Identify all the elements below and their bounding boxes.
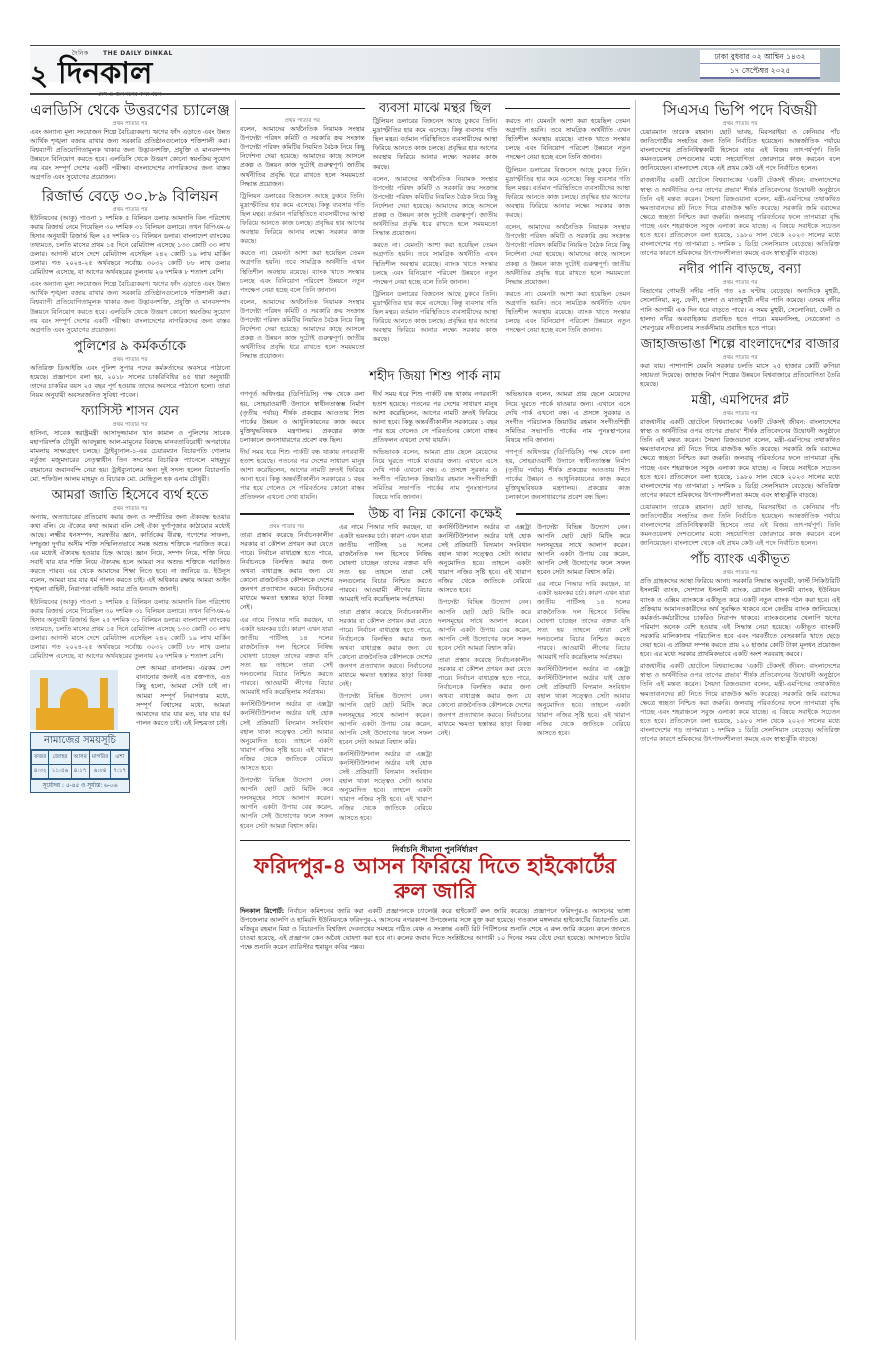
headline[interactable]: শহীদ জিয়া শিশু পার্ক নাম <box>240 368 630 386</box>
article-body: কনস্টিটিউশনাল অর্ডার বা এক্সট্রা কনস্টিট… <box>240 700 333 773</box>
article-body: উপদেষ্টা বিভিন্ন উদ্যোগ নেন। আপনি ছোট ছো… <box>438 598 531 653</box>
article-body: অন্যায়, অত্যাচারের প্রতিরোধ করার জন্য ও… <box>30 513 230 595</box>
prayer-header: ফজর <box>32 751 49 765</box>
continued-label: প্রথম পাতার পর <box>30 421 230 429</box>
article-police: পুলিশের ৯ কর্মকর্তাকে প্রথম পাতার পর অতি… <box>30 338 230 400</box>
article-body: করতে না। যেমনটা আশা করা হয়েছিল তেমন অগ্… <box>505 117 630 162</box>
article-columns: প্রথম পাতার পর বলেন, আমাদের অর্থনৈতিক নি… <box>240 117 630 364</box>
continued-label: প্রথম পাতার পর <box>640 569 840 577</box>
headline[interactable]: পুলিশের ৯ কর্মকর্তাকে <box>30 338 230 356</box>
article-tail: দেশ আমরা বানালাম। এরকম দেশ বানানোর জন্যই… <box>136 664 230 793</box>
article-body: উপদেষ্টা বিভিন্ন উদ্যোগ নেন। আপনি ছোট ছো… <box>537 523 630 578</box>
sunrise-sunset: সূর্যোদয় : ৫-৪৫ ও সূর্যাস্ত: ৬-০৬ <box>31 779 129 792</box>
article-shipbreaking: জাহাজভাঙা শিল্পে বাংলাদেশের বাজার প্রথম … <box>640 336 840 389</box>
article-chamber: উচ্চ বা নিম্ন কোনো কক্ষেই প্রথম পাতার পর… <box>240 510 630 834</box>
column-divider <box>235 100 236 1340</box>
continued-label: প্রথম পাতার পর <box>30 505 230 513</box>
article-csa: সিএসএ ভিপি পদে বিজয়ী প্রথম পাতার পর চেয… <box>640 100 840 258</box>
article-body: করতে না। যেমনটা আশা করা হয়েছিল তেমন অগ্… <box>505 290 630 335</box>
prayer-time: ৪:১৭ <box>71 765 89 779</box>
brand-name: দিনকাল <box>58 59 188 89</box>
headline[interactable]: রিজার্ভ বেড়ে ৩০.৮৯ বিলিয়ন <box>30 186 230 206</box>
article-body: ট্রিলিয়ন ডলারের বিজনেস আছে ঢুকবে তিনি। … <box>505 166 630 221</box>
headline[interactable]: জাহাজভাঙা শিল্পে বাংলাদেশের বাজার <box>640 336 840 354</box>
article-body: ট্রিলিয়ন ডলারের বিজনেস আছে ঢুকবে তিনি। … <box>373 117 498 172</box>
continued-label: প্রথম পাতার পর <box>640 410 840 418</box>
continued-label: প্রথম পাতার পর <box>640 279 840 287</box>
left-column: এলডিসি থেকে উত্তরণের চ্যালেঞ্জ প্রথম পাত… <box>30 100 230 793</box>
headline[interactable]: এলডিসি থেকে উত্তরণের চ্যালেঞ্জ <box>30 100 230 120</box>
article-body: এর নামে পিআর দাবি করছেন, যা একটা ভয়ংকর … <box>537 580 630 662</box>
date-gregorian: ১৭ সেপ্টেম্বর ২০২৫ <box>700 64 820 77</box>
article-body: এবং অন্যান্য মূল্য সংযোজন শিল্পে বৈচিত্র… <box>30 128 230 183</box>
kicker: নির্বাচনি সীমানা পুনর্নির্ধারণ <box>240 845 630 854</box>
masthead: ২ দৈনিক THE DAILY DINKAL দিনকাল দেশ ও জন… <box>30 45 840 93</box>
middle-column: ব্যবসা মাঝে মন্থর ছিল প্রথম পাতার পর বলে… <box>240 100 630 952</box>
article-body: বলেন, আমাদের অর্থনৈতিক নিয়ামক সংস্থার উ… <box>240 298 365 362</box>
article-body: অভিভাবক বলেন, আমরা প্রায় ছেলে মেয়েদের … <box>505 390 630 445</box>
article-body: উপদেষ্টা বিভিন্ন উদ্যোগ নেন। আপনি ছোট ছো… <box>240 776 333 831</box>
prayer-time: ১১:৫৬ <box>49 765 71 779</box>
article-body: রাজধানীর একটি হোটেলে বিশ্বব্যাংকের 'একটি… <box>640 418 840 500</box>
article-body: এর নামে পিআর দাবি করছেন, যা একটা ভয়ংকর … <box>339 523 432 605</box>
headline[interactable]: সিএসএ ভিপি পদে বিজয়ী <box>640 100 840 120</box>
article-body: বলেন, আমাদের অর্থনৈতিক নিয়ামক সংস্থার উ… <box>240 125 365 189</box>
article-flood: নদীর পানি বাড়ছে, বন্যা প্রথম পাতার পর ব… <box>640 261 840 332</box>
article-body: প্রতি গ্রাহকদের আস্থা ফিরিয়ে আনা। সরকার… <box>640 577 840 659</box>
prayer-table: ফজর জোহর আসর মাগরিব এশা ৪:৩২ ১১:৫৬ ৪:১৭ … <box>31 750 129 779</box>
article-body: করতে না। যেমনটা আশা করা হয়েছিল তেমন অগ্… <box>240 249 365 294</box>
date-bangla: ঢাকা বুধবার ০২ আশ্বিন ১৪৩২ <box>700 50 820 64</box>
article-body: দীর্ঘ সময় ধরে শিশু পার্কটি বন্ধ থাকায় … <box>373 390 498 445</box>
article-body: করতে না। যেমনটা আশা করা হয়েছিল তেমন অগ্… <box>373 241 498 286</box>
article-body: বলেন, আমাদের অর্থনৈতিক নিয়ামক সংস্থার উ… <box>505 223 630 287</box>
article-body: কনস্টিটিউশনাল অর্ডার বা এক্সট্রা কনস্টিট… <box>339 750 432 823</box>
article-body: উপদেষ্টা বিভিন্ন উদ্যোগ নেন। আপনি ছোট ছো… <box>339 692 432 747</box>
article-reserve: রিজার্ভ বেড়ে ৩০.৮৯ বিলিয়ন প্রথম পাতার … <box>30 186 230 335</box>
column-divider <box>635 100 636 1340</box>
article-columns: গণপূর্ত অধিদপ্তর (ডিপিডিসি) পক্ষ থেকে বল… <box>240 390 630 505</box>
prayer-header: আসর <box>71 751 89 765</box>
date-box: ঢাকা বুধবার ০২ আশ্বিন ১৪৩২ ১৭ সেপ্টেম্বর… <box>700 50 820 79</box>
article-body: তারা প্রস্তাব করেছে নির্বাচনকালীন সরকার … <box>438 656 531 738</box>
prayer-title: নামাজের সময়সূচি <box>31 733 129 750</box>
masthead-rule <box>30 93 840 95</box>
prayer-header: মাগরিব <box>89 751 111 765</box>
feature-faridpur: নির্বাচনি সীমানা পুনর্নির্ধারণ ফরিদপুর-৪… <box>240 840 630 953</box>
feature-text: নির্বাচন কমিশনের জারি করা একটি প্রজ্ঞাপন… <box>240 907 630 951</box>
prayer-time: ৪:৩২ <box>32 765 49 779</box>
continued-label: প্রথম পাতার পর <box>240 117 365 125</box>
feature-headline[interactable]: ফরিদপুর-৪ আসন ফিরিয়ে দিতে হাইকোর্টের রু… <box>240 854 630 904</box>
prayer-header: এশা <box>111 751 129 765</box>
article-body: ইউনিয়নের (আকু) পাওনা ১ দশমিক ৫ বিলিয়ন … <box>30 214 230 278</box>
article-body: বিভাগের গোমতী নদীর পানি গত ২৪ ঘণ্টায় বে… <box>640 287 840 332</box>
continued-label: প্রথম পাতার পর <box>30 206 230 214</box>
article-body: চেয়ারম্যান তারেক রহমান। ছোট ভাবছ, মিরসর… <box>640 128 840 173</box>
right-column: সিএসএ ভিপি পদে বিজয়ী প্রথম পাতার পর চেয… <box>640 100 840 747</box>
article-columns: প্রথম পাতার পর তারা প্রস্তাব করেছে নির্ব… <box>240 523 630 834</box>
article-body: তারা প্রস্তাব করেছে নির্বাচনকালীন সরকার … <box>240 531 333 613</box>
article-body: করা যায়। পাশাপাশি যেমনি সরকার চলতি মাসে… <box>640 362 840 389</box>
article-body: গণপূর্ত অধিদপ্তর (ডিপিডিসি) পক্ষ থেকে বল… <box>240 390 365 445</box>
continued-label: প্রথম পাতার পর <box>30 120 230 128</box>
article-body: রাজধানীর একটি হোটেলে বিশ্বব্যাংকের 'একটি… <box>640 176 840 258</box>
article-body: এবং অন্যান্য মূল্য সংযোজন শিল্পে বৈচিত্র… <box>30 280 230 335</box>
article-park: শহীদ জিয়া শিশু পার্ক নাম গণপূর্ত অধিদপ্… <box>240 368 630 505</box>
headline[interactable]: আমরা জাতি হিসেবে ব্যর্থ হতে <box>30 487 230 505</box>
prayer-section: নামাজের সময়সূচি ফজর জোহর আসর মাগরিব এশা… <box>30 664 230 793</box>
article-body: তারা প্রস্তাব করেছে নির্বাচনকালীন সরকার … <box>339 608 432 690</box>
article-body: দীর্ঘ সময় ধরে শিশু পার্কটি বন্ধ থাকায় … <box>240 448 365 503</box>
headline[interactable]: মন্ত্রী, এমপিদের প্লট <box>640 392 840 410</box>
feature-body: দিনকাল রিপোর্ট: নির্বাচন কমিশনের জারি কর… <box>240 907 630 952</box>
continued-label: প্রথম পাতার পর <box>240 523 333 531</box>
article-ldc: এলডিসি থেকে উত্তরণের চ্যালেঞ্জ প্রথম পাত… <box>30 100 230 183</box>
prayer-time: ৭:১৭ <box>111 765 129 779</box>
article-body: ট্রিলিয়ন ডলারের বিজনেস আছে ঢুকবে তিনি। … <box>240 192 365 247</box>
prayer-time: ৬:০৪ <box>89 765 111 779</box>
report-tag: দিনকাল রিপোর্ট: <box>240 907 284 915</box>
headline[interactable]: ব্যবসা মাঝে মন্থর ছিল <box>379 104 491 113</box>
headline[interactable]: পাঁচ ব্যাংক একীভূত <box>640 551 840 569</box>
article-body: চেয়ারম্যান তারেক রহমান। ছোট ভাবছ, মিরসর… <box>640 503 840 548</box>
prayer-header: জোহর <box>49 751 71 765</box>
article-body: ইউনিয়নের (আকু) পাওনা ১ দশমিক ৫ বিলিয়ন … <box>30 598 230 662</box>
article-body: এর নামে পিআর দাবি করছেন, যা একটা ভয়ংকর … <box>240 616 333 698</box>
article-banks: পাঁচ ব্যাংক একীভূত প্রথম পাতার পর প্রতি … <box>640 551 840 744</box>
article-body: কনস্টিটিউশনাল অর্ডার বা এক্সট্রা কনস্টিট… <box>537 665 630 738</box>
mosque-icon <box>30 670 118 730</box>
article-business: ব্যবসা মাঝে মন্থর ছিল প্রথম পাতার পর বলে… <box>240 104 630 364</box>
article-body: গণপূর্ত অধিদপ্তর (ডিপিডিসি) পক্ষ থেকে বল… <box>505 448 630 503</box>
prayer-times-box: নামাজের সময়সূচি ফজর জোহর আসর মাগরিব এশা… <box>30 732 130 793</box>
article-body: হাসিনা, সাবেক স্বরাষ্ট্রমন্ত্রী আসাদুজ্জ… <box>30 429 230 484</box>
brand-tagline: দেশ ও জনগণের কথা বলে <box>98 89 188 100</box>
article-nation: আমরা জাতি হিসেবে ব্যর্থ হতে প্রথম পাতার … <box>30 487 230 662</box>
article-body: অভিভাবক বলেন, আমরা প্রায় ছেলে মেয়েদের … <box>373 448 498 503</box>
headline-row: উচ্চ বা নিম্ন কোনো কক্ষেই <box>240 510 630 519</box>
headline[interactable]: ফ্যাসিস্ট শাসন যেন <box>30 403 230 421</box>
article-plots: মন্ত্রী, এমপিদের প্লট প্রথম পাতার পর রাজ… <box>640 392 840 548</box>
article-body: বলেন, আমাদের অর্থনৈতিক নিয়ামক সংস্থার উ… <box>373 175 498 239</box>
article-body: ট্রিলিয়ন ডলারের বিজনেস আছে ঢুকবে তিনি। … <box>373 290 498 345</box>
headline[interactable]: নদীর পানি বাড়ছে, বন্যা <box>640 261 840 279</box>
article-body: অতিরিক্ত ডিআইজি এবং পুলিশ সুপার পদের কর্… <box>30 364 230 400</box>
article-fascist: ফ্যাসিস্ট শাসন যেন প্রথম পাতার পর হাসিনা… <box>30 403 230 484</box>
continued-label: প্রথম পাতার পর <box>640 120 840 128</box>
continued-label: প্রথম পাতার পর <box>30 356 230 364</box>
continued-label: প্রথম পাতার পর <box>640 354 840 362</box>
headline-row: ব্যবসা মাঝে মন্থর ছিল <box>240 104 630 113</box>
article-body: কনস্টিটিউশনাল অর্ডার বা এক্সট্রা কনস্টিট… <box>438 523 531 596</box>
article-body: রাজধানীর একটি হোটেলে বিশ্বব্যাংকের 'একটি… <box>640 662 840 744</box>
headline[interactable]: উচ্চ বা নিম্ন কোনো কক্ষেই <box>368 510 501 519</box>
